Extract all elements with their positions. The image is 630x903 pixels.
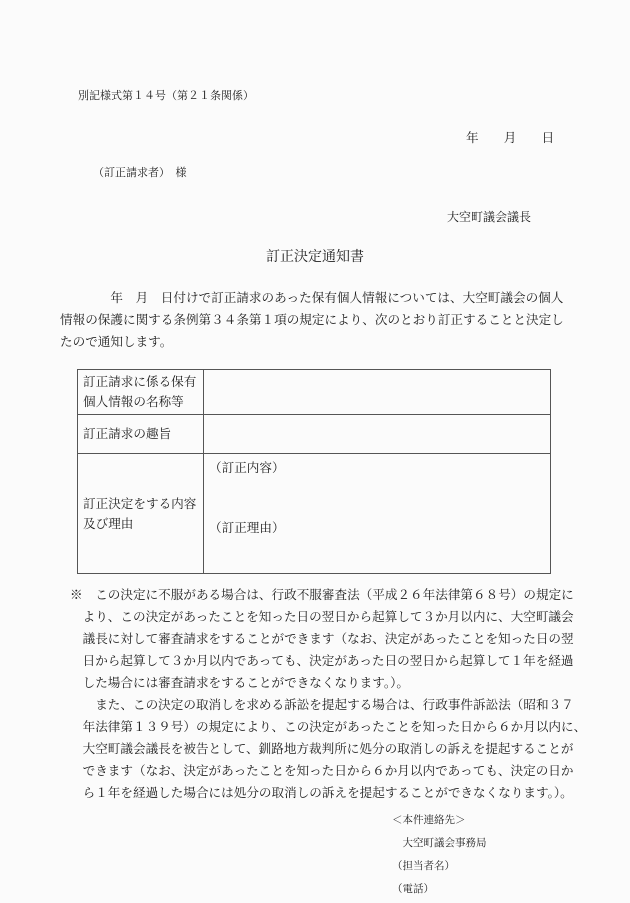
note-line: ら１年を経過した場合には処分の取消しの訴えを提起することができなくなります。）。	[70, 782, 586, 804]
correction-content-label: （訂正内容）	[209, 456, 544, 478]
contact-person: （担当者名）	[392, 855, 487, 878]
contact-office: 大空町議会事務局	[392, 832, 487, 855]
table-label-held-info-name: 訂正請求に係る保有個人情報の名称等	[78, 370, 204, 415]
contact-block: ＜本件連絡先＞ 大空町議会事務局 （担当者名） （電話）	[392, 809, 487, 901]
recipient-line: （訂正請求者） 様	[93, 165, 187, 181]
document-page: 別記様式第１４号（第２１条関係） 年 月 日 （訂正請求者） 様 大空町議会議長…	[0, 0, 630, 903]
note-line: また、この決定の取消しを求める訴訟を提起する場合は、行政事件訴訟法（昭和３７	[70, 694, 586, 716]
form-table: 訂正請求に係る保有個人情報の名称等 訂正請求の趣旨 訂正決定をする内容及び理由 …	[77, 369, 551, 574]
note-line: 年法律第１３９号）の規定により、この決定があったことを知った日から６か月以内に、	[70, 716, 586, 738]
table-label-request-purport: 訂正請求の趣旨	[78, 415, 204, 454]
body-line: 年 月 日付けで訂正請求のあった保有個人情報については、大空町議会の個人	[60, 287, 564, 309]
correction-reason-label: （訂正理由）	[209, 518, 544, 538]
table-row: 訂正請求の趣旨	[78, 415, 551, 454]
note-line: 大空町議会議長を被告として、釧路地方裁判所に処分の取消しの訴えを提起することが	[70, 738, 586, 760]
note-line: 日から起算して３か月以内であっても、決定があった日の翌日から起算して１年を経過	[70, 650, 586, 672]
table-label-decision-content: 訂正決定をする内容及び理由	[78, 454, 204, 574]
body-paragraph: 年 月 日付けで訂正請求のあった保有個人情報については、大空町議会の個人 情報の…	[60, 287, 564, 353]
note-line: ※ この決定に不服がある場合は、行政不服審査法（平成２６年法律第６８号）の規定に	[70, 584, 586, 606]
contact-header: ＜本件連絡先＞	[392, 809, 487, 832]
document-title: 訂正決定通知書	[0, 248, 630, 268]
body-line: 情報の保護に関する条例第３４条第１項の規定により、次のとおり訂正することと決定し	[60, 309, 564, 331]
body-line: たので通知します。	[60, 331, 564, 353]
table-value-decision-content: （訂正内容） （訂正理由）	[204, 454, 551, 574]
note-line: した場合には審査請求をすることができなくなります。）。	[70, 672, 586, 694]
note-line: 議長に対して審査請求をすることができます（なお、決定があったことを知った日の翌	[70, 628, 586, 650]
sender-line: 大空町議会議長	[447, 209, 531, 226]
note-line: より、この決定があったことを知った日の翌日から起算して３か月以内に、大空町議会	[70, 606, 586, 628]
appeal-note-block: ※ この決定に不服がある場合は、行政不服審査法（平成２６年法律第６８号）の規定に…	[70, 584, 586, 804]
contact-phone: （電話）	[392, 878, 487, 901]
form-number: 別記様式第１４号（第２１条関係）	[78, 88, 254, 104]
table-value-request-purport	[204, 415, 551, 454]
date-line: 年 月 日	[466, 128, 554, 148]
table-row: 訂正決定をする内容及び理由 （訂正内容） （訂正理由）	[78, 454, 551, 574]
table-row: 訂正請求に係る保有個人情報の名称等	[78, 370, 551, 415]
note-line: できます（なお、決定があったことを知った日から６か月以内であっても、決定の日か	[70, 760, 586, 782]
table-value-held-info-name	[204, 370, 551, 415]
